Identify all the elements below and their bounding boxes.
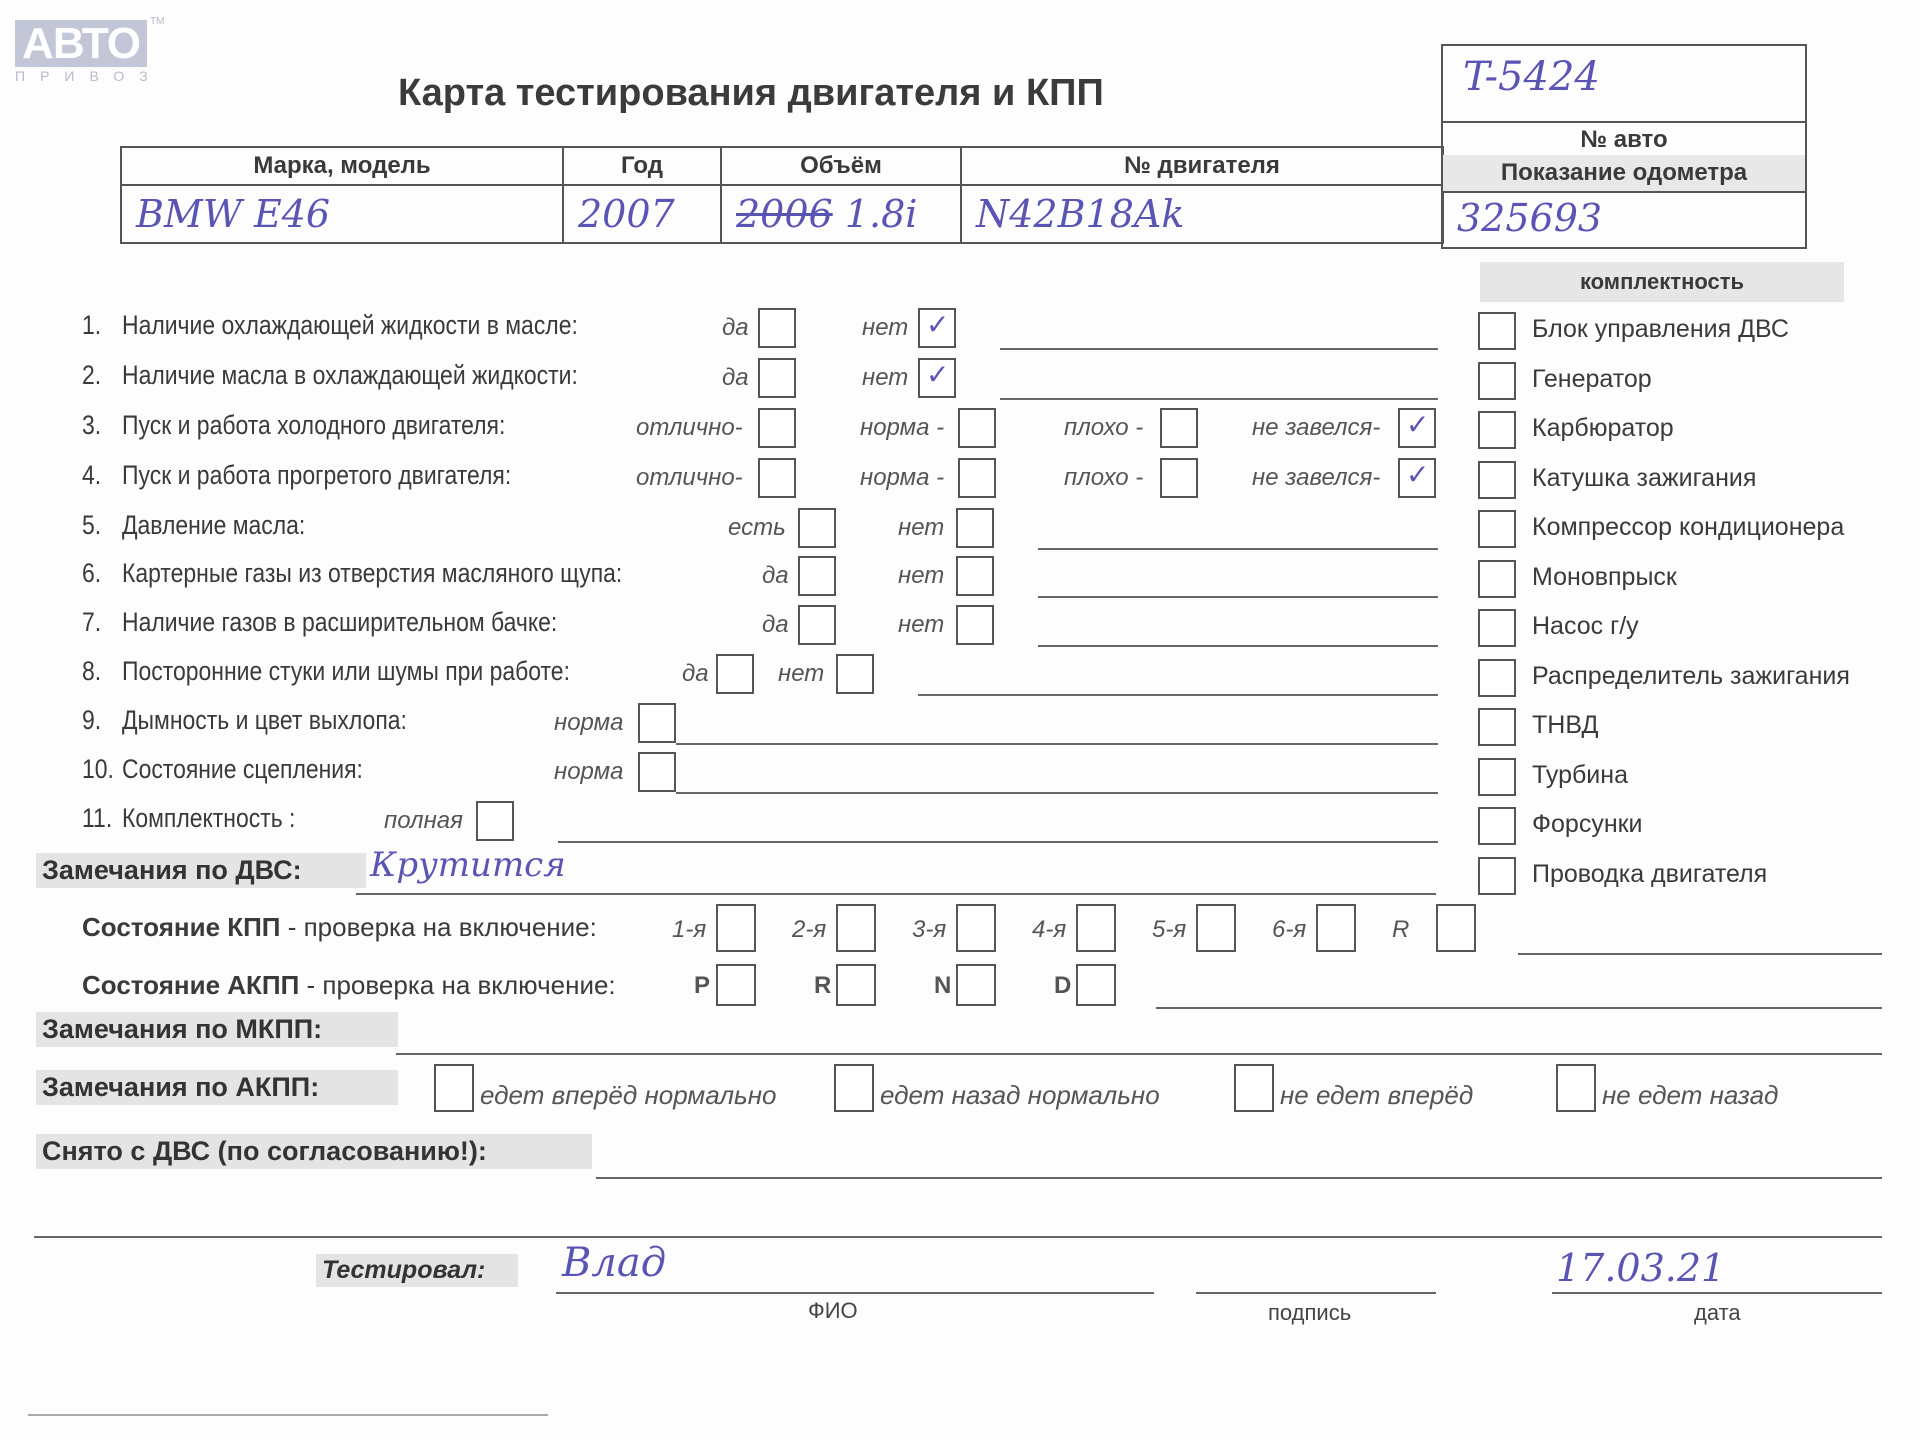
option-label: да xyxy=(722,364,749,392)
option-label: да xyxy=(722,314,749,342)
kpp-line xyxy=(1518,953,1882,955)
auto-number-value[interactable]: T-5424 xyxy=(1463,54,1600,100)
notes-line[interactable] xyxy=(1038,645,1438,647)
kit-checkbox[interactable] xyxy=(1478,411,1516,449)
option-checkbox[interactable] xyxy=(1160,408,1198,448)
akpp-gear-label: D xyxy=(1054,972,1071,1000)
check-question: Наличие охлаждающей жидкости в масле: xyxy=(122,310,578,341)
check-number: 9. xyxy=(82,705,101,736)
trademark-sign: TM xyxy=(150,16,164,27)
kit-checkbox[interactable] xyxy=(1478,312,1516,350)
name-line xyxy=(556,1292,1154,1294)
check-question: Наличие газов в расширительном бачке: xyxy=(122,607,557,638)
auto-number-label: № авто xyxy=(1443,121,1805,159)
removed-line-2[interactable] xyxy=(34,1236,1882,1238)
dvs-remarks-line xyxy=(356,893,1436,895)
option-label: нет xyxy=(778,660,824,688)
akpp-gear-checkbox[interactable] xyxy=(716,964,756,1006)
gear-checkbox[interactable] xyxy=(836,904,876,952)
kit-item-label: Моновпрыск xyxy=(1532,563,1677,592)
akpp-gear-checkbox[interactable] xyxy=(836,964,876,1006)
check-question: Посторонние стуки или шумы при работе: xyxy=(122,656,570,687)
gear-checkbox[interactable] xyxy=(1316,904,1356,952)
volume-struck-value: 2006 xyxy=(736,192,833,236)
option-label: нет xyxy=(862,364,908,392)
gear-label: 3-я xyxy=(912,916,946,944)
check-question: Давление масла: xyxy=(122,510,305,541)
engine-number-value[interactable]: N42B18Ak xyxy=(961,185,1443,243)
check-number: 6. xyxy=(82,558,101,589)
kit-item-label: Блок управления ДВС xyxy=(1532,315,1789,344)
kit-checkbox[interactable] xyxy=(1478,807,1516,845)
option-label: нет xyxy=(898,562,944,590)
akpp-remark-label: не едет вперёд xyxy=(1280,1080,1473,1111)
brand-subtitle: ПРИВОЗ xyxy=(15,68,163,84)
option-label: есть xyxy=(728,514,786,542)
gear-checkbox[interactable] xyxy=(1436,904,1476,952)
option-label: норма - xyxy=(860,464,944,492)
kit-item-label: Карбюратор xyxy=(1532,414,1674,443)
mkpp-remarks-label: Замечания по МКПП: xyxy=(36,1012,398,1047)
gear-checkbox[interactable] xyxy=(716,904,756,952)
option-checkbox[interactable] xyxy=(956,508,994,548)
option-checkbox[interactable]: ✓ xyxy=(1398,408,1436,448)
check-number: 1. xyxy=(82,310,101,341)
model-value[interactable]: BMW E46 xyxy=(121,185,563,243)
gear-checkbox[interactable] xyxy=(1196,904,1236,952)
year-value[interactable]: 2007 xyxy=(563,185,721,243)
option-checkbox[interactable] xyxy=(476,801,514,841)
check-question: Дымность и цвет выхлопа: xyxy=(122,705,407,736)
date-line xyxy=(1552,1292,1882,1294)
check-number: 7. xyxy=(82,607,101,638)
option-checkbox[interactable] xyxy=(798,556,836,596)
check-number: 8. xyxy=(82,656,101,687)
test-date[interactable]: 17.03.21 xyxy=(1556,1246,1725,1290)
option-checkbox[interactable] xyxy=(758,308,796,348)
kit-checkbox[interactable] xyxy=(1478,362,1516,400)
gear-label: R xyxy=(1392,916,1409,944)
option-checkbox[interactable] xyxy=(716,654,754,694)
check-mark-icon: ✓ xyxy=(926,308,949,341)
gear-label: 1-я xyxy=(672,916,706,944)
signature-line[interactable] xyxy=(1196,1292,1436,1294)
kit-item-label: Насос г/у xyxy=(1532,612,1639,641)
akpp-remark-checkbox[interactable] xyxy=(1234,1064,1274,1112)
option-label: да xyxy=(682,660,709,688)
option-label: да xyxy=(762,611,789,639)
kit-checkbox[interactable] xyxy=(1478,758,1516,796)
akpp-label: Состояние АКПП - проверка на включение: xyxy=(82,970,616,1001)
option-label: да xyxy=(762,562,789,590)
akpp-remark-label: едет вперёд нормально xyxy=(480,1080,776,1111)
kit-item-label: Проводка двигателя xyxy=(1532,860,1767,889)
gear-label: 6-я xyxy=(1272,916,1306,944)
option-checkbox[interactable] xyxy=(638,703,676,743)
check-mark-icon: ✓ xyxy=(1406,458,1429,491)
tested-label: Тестировал: xyxy=(316,1254,518,1287)
akpp-gear-checkbox[interactable] xyxy=(956,964,996,1006)
notes-line[interactable] xyxy=(1038,596,1438,598)
kit-checkbox[interactable] xyxy=(1478,560,1516,598)
gear-checkbox[interactable] xyxy=(956,904,996,952)
gear-checkbox[interactable] xyxy=(1076,904,1116,952)
kit-item-label: Распределитель зажигания xyxy=(1532,662,1850,691)
option-checkbox[interactable] xyxy=(798,605,836,645)
bottom-line xyxy=(28,1414,548,1416)
kit-item-label: Катушка зажигания xyxy=(1532,464,1756,493)
kit-checkbox[interactable] xyxy=(1478,461,1516,499)
check-number: 3. xyxy=(82,410,101,441)
akpp-gear-label: N xyxy=(934,972,951,1000)
gear-label: 4-я xyxy=(1032,916,1066,944)
option-label: норма xyxy=(554,709,623,737)
check-number: 10. xyxy=(82,754,114,785)
check-number: 11. xyxy=(82,803,112,834)
option-checkbox[interactable] xyxy=(798,508,836,548)
removed-label: Снято с ДВС (по согласованию!): xyxy=(36,1134,592,1169)
kpp-label: Состояние КПП - проверка на включение: xyxy=(82,912,597,943)
option-label: отлично- xyxy=(636,464,743,492)
option-checkbox[interactable] xyxy=(638,752,676,792)
notes-line[interactable] xyxy=(1000,398,1438,400)
check-number: 2. xyxy=(82,360,101,391)
option-label: не завелся- xyxy=(1252,464,1380,492)
option-label: нет xyxy=(898,611,944,639)
akpp-remark-checkbox[interactable] xyxy=(434,1064,474,1112)
akpp-line xyxy=(1156,1007,1882,1009)
check-question: Комплектность : xyxy=(122,803,295,834)
kit-item-label: Форсунки xyxy=(1532,810,1643,839)
notes-line[interactable] xyxy=(676,743,1438,745)
option-label: плохо - xyxy=(1064,414,1143,442)
check-number: 4. xyxy=(82,460,101,491)
option-label: полная xyxy=(384,807,463,835)
mkpp-remarks-line[interactable] xyxy=(396,1053,1882,1055)
notes-line[interactable] xyxy=(918,694,1438,696)
option-checkbox[interactable]: ✓ xyxy=(1398,458,1436,498)
akpp-gear-label: P xyxy=(694,972,710,1000)
akpp-gear-checkbox[interactable] xyxy=(1076,964,1116,1006)
kit-item-label: ТНВД xyxy=(1532,711,1598,740)
kit-item-label: Турбина xyxy=(1532,761,1628,790)
option-checkbox[interactable]: ✓ xyxy=(918,308,956,348)
check-mark-icon: ✓ xyxy=(1406,408,1429,441)
option-checkbox[interactable] xyxy=(758,408,796,448)
kit-checkbox[interactable] xyxy=(1478,708,1516,746)
date-caption: дата xyxy=(1694,1300,1741,1326)
dvs-remarks-value[interactable]: Крутится xyxy=(370,845,566,885)
option-label: плохо - xyxy=(1064,464,1143,492)
gear-label: 5-я xyxy=(1152,916,1186,944)
check-question: Наличие масла в охлаждающей жидкости: xyxy=(122,360,578,391)
kit-checkbox[interactable] xyxy=(1478,659,1516,697)
option-checkbox[interactable] xyxy=(836,654,874,694)
kit-checkbox[interactable] xyxy=(1478,510,1516,548)
notes-line[interactable] xyxy=(558,841,1438,843)
option-label: не завелся- xyxy=(1252,414,1380,442)
volume-value[interactable]: 2006 1.8i xyxy=(721,185,961,243)
volume-corrected-value: 1.8i xyxy=(845,192,918,236)
kit-item-label: Компрессор кондиционера xyxy=(1532,513,1844,542)
akpp-gear-label: R xyxy=(814,972,831,1000)
option-checkbox[interactable] xyxy=(758,458,796,498)
page-title: Карта тестирования двигателя и КПП xyxy=(398,72,1104,115)
option-checkbox[interactable] xyxy=(956,556,994,596)
option-checkbox[interactable] xyxy=(1160,458,1198,498)
notes-line[interactable] xyxy=(676,792,1438,794)
akpp-remark-label: не едет назад xyxy=(1602,1080,1778,1111)
odometer-label: Показание одометра xyxy=(1443,155,1805,193)
option-label: нет xyxy=(898,514,944,542)
name-caption: ФИО xyxy=(808,1298,858,1324)
tester-name[interactable]: Влад xyxy=(562,1240,666,1286)
option-label: нет xyxy=(862,314,908,342)
brand-logo: АВТО xyxy=(15,20,147,67)
header-model: Марка, модель xyxy=(121,147,563,185)
kit-header: комплектность xyxy=(1480,262,1844,302)
check-question: Картерные газы из отверстия масляного щу… xyxy=(122,558,622,589)
option-checkbox[interactable]: ✓ xyxy=(918,358,956,398)
auto-box: T-5424 № авто Показание одометра 325693 xyxy=(1441,44,1807,249)
notes-line[interactable] xyxy=(1038,548,1438,550)
akpp-remark-checkbox[interactable] xyxy=(834,1064,874,1112)
notes-line[interactable] xyxy=(1000,348,1438,350)
option-checkbox[interactable] xyxy=(958,458,996,498)
akpp-remarks-label: Замечания по АКПП: xyxy=(36,1070,398,1105)
kit-item-label: Генератор xyxy=(1532,365,1652,394)
removed-line[interactable] xyxy=(596,1177,1882,1179)
kit-checkbox[interactable] xyxy=(1478,609,1516,647)
header-year: Год xyxy=(563,147,721,185)
signature-caption: подпись xyxy=(1268,1300,1351,1326)
header-volume: Объём xyxy=(721,147,961,185)
akpp-remark-checkbox[interactable] xyxy=(1556,1064,1596,1112)
dvs-remarks-label: Замечания по ДВС: xyxy=(36,853,366,888)
check-mark-icon: ✓ xyxy=(926,358,949,391)
check-number: 5. xyxy=(82,510,101,541)
check-question: Состояние сцепления: xyxy=(122,754,363,785)
check-question: Пуск и работа прогретого двигателя: xyxy=(122,460,511,491)
option-label: норма xyxy=(554,758,623,786)
kit-checkbox[interactable] xyxy=(1478,857,1516,895)
vehicle-info-table: Марка, модель Год Объём № двигателя BMW … xyxy=(120,146,1444,244)
odometer-value[interactable]: 325693 xyxy=(1457,196,1602,240)
option-checkbox[interactable] xyxy=(758,358,796,398)
header-engine-number: № двигателя xyxy=(961,147,1443,185)
option-checkbox[interactable] xyxy=(956,605,994,645)
gear-label: 2-я xyxy=(792,916,826,944)
akpp-remark-label: едет назад нормально xyxy=(880,1080,1160,1111)
check-question: Пуск и работа холодного двигателя: xyxy=(122,410,505,441)
option-checkbox[interactable] xyxy=(958,408,996,448)
option-label: отлично- xyxy=(636,414,743,442)
option-label: норма - xyxy=(860,414,944,442)
